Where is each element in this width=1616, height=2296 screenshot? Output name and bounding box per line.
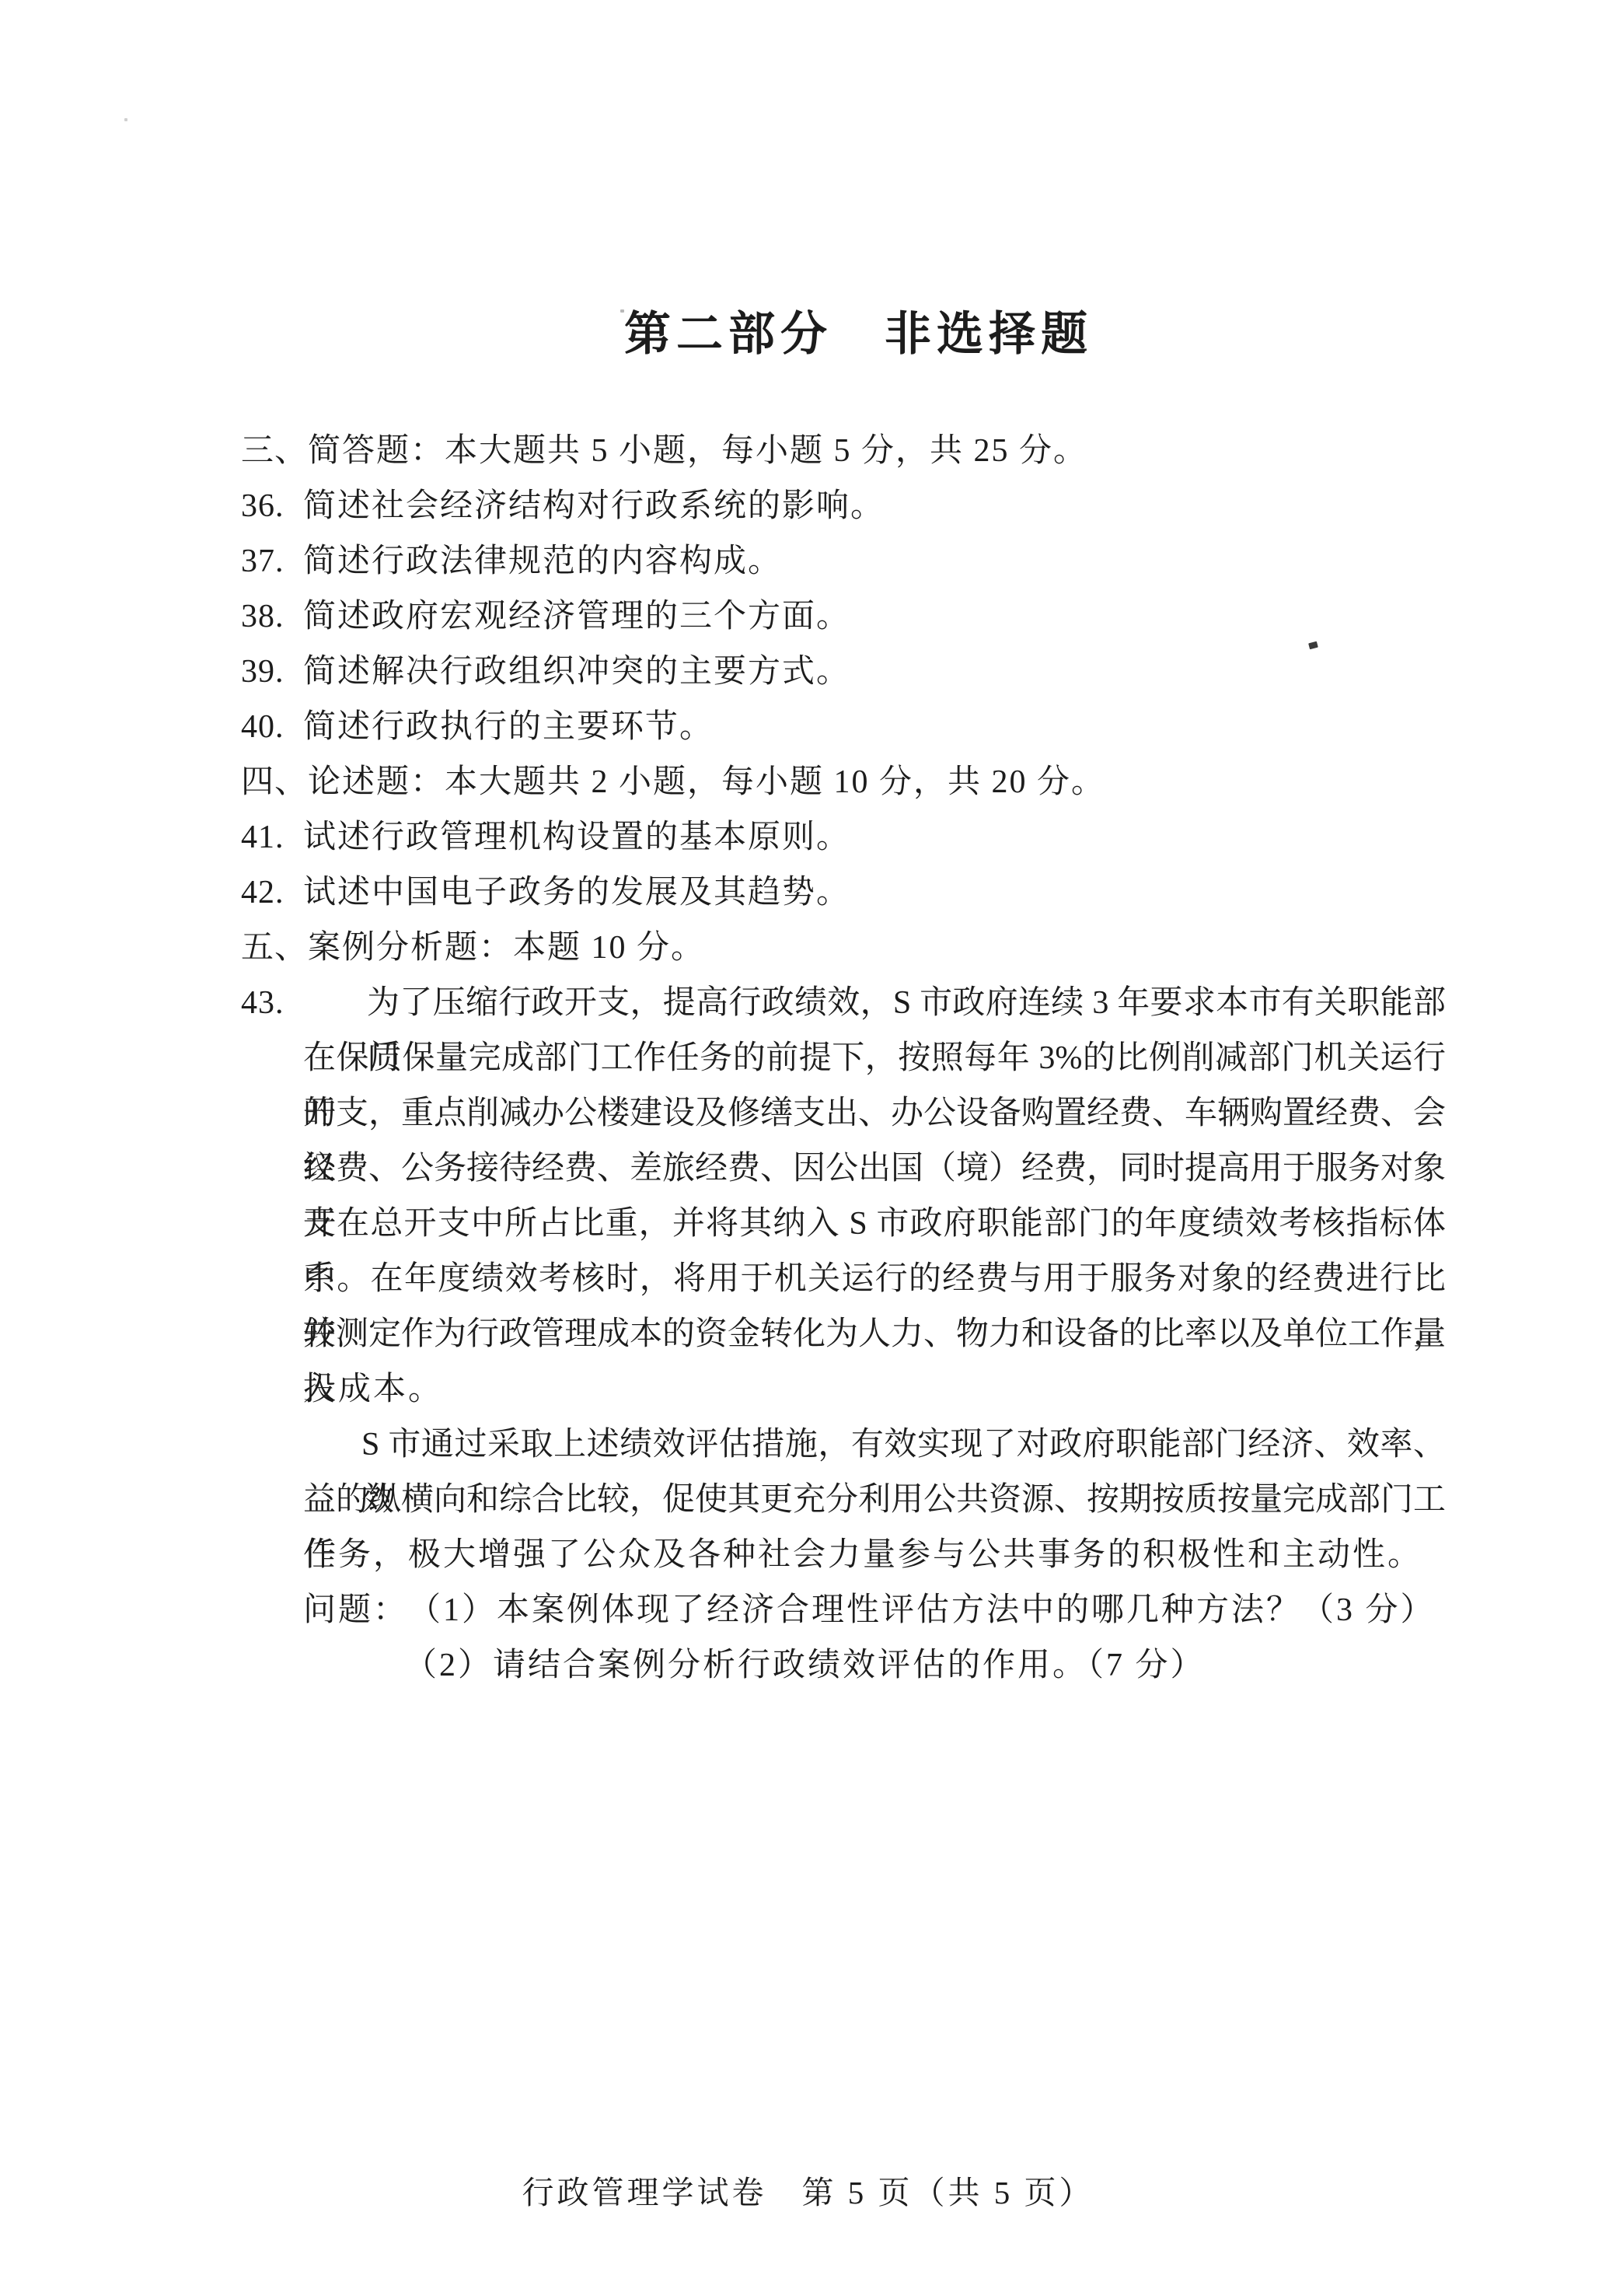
question-number: 41.: [241, 810, 303, 865]
question-number: 36.: [241, 479, 303, 534]
case-line: 经费、公务接待经费、差旅经费、因公出国（境）经费，同时提高用于服务对象开: [241, 1141, 1446, 1197]
case-line: 支在总开支中所占比重，并将其纳入 S 市政府职能部门的年度绩效考核指标体系: [241, 1197, 1446, 1252]
question-36: 36. 简述社会经济结构对行政系统的影响。: [241, 479, 1446, 534]
question-text: 试述中国电子政务的发展及其趋势。: [303, 865, 850, 921]
question-body: 三、 简答题：本大题共 5 小题，每小题 5 分，共 25 分。 36. 简述社…: [241, 424, 1446, 1693]
question-number: 42.: [241, 865, 303, 921]
section-number: 四、: [241, 755, 308, 810]
case-line: 在保质保量完成部门工作任务的前提下，按照每年 3%的比例削减部门机关运行的: [241, 1031, 1446, 1086]
exam-paper-page: 第二部分 非选择题 三、 简答题：本大题共 5 小题，每小题 5 分，共 25 …: [0, 0, 1616, 2296]
question-text: 简述社会经济结构对行政系统的影响。: [303, 479, 885, 534]
case-questions-label: 问题：: [303, 1583, 408, 1638]
section-heading-5: 五、 案例分析题：本题 10 分。: [241, 921, 1446, 976]
question-number: 39.: [241, 645, 303, 700]
section-number: 三、: [241, 424, 308, 479]
case-line: 任务，极大增强了公众及各种社会力量参与公共事务的积极性和主动性。: [241, 1528, 1446, 1583]
scan-speck: [620, 309, 624, 313]
question-40: 40. 简述行政执行的主要环节。: [241, 700, 1446, 755]
case-line: 43. 为了压缩行政开支，提高行政绩效，S 市政府连续 3 年要求本市有关职能部…: [241, 976, 1446, 1031]
question-number: 37.: [241, 534, 303, 589]
section-heading-text: 论述题：本大题共 2 小题，每小题 10 分，共 20 分。: [308, 755, 1105, 810]
case-questions-line: （2）请结合案例分析行政绩效评估的作用。（7 分）: [241, 1638, 1446, 1693]
section-heading-text: 简答题：本大题共 5 小题，每小题 5 分，共 25 分。: [308, 424, 1087, 479]
question-text: 试述行政管理机构设置的基本原则。: [303, 810, 850, 865]
case-question-1: （1）本案例体现了经济合理性评估方法中的哪几种方法？（3 分）: [408, 1583, 1436, 1638]
question-number: 38.: [241, 589, 303, 645]
question-text: 简述解决行政组织冲突的主要方式。: [303, 645, 850, 700]
question-42: 42. 试述中国电子政务的发展及其趋势。: [241, 865, 1446, 921]
case-questions-line: 问题： （1）本案例体现了经济合理性评估方法中的哪几种方法？（3 分）: [241, 1583, 1446, 1638]
question-37: 37. 简述行政法律规范的内容构成。: [241, 534, 1446, 589]
case-line: 益的纵横向和综合比较，促使其更充分利用公共资源、按期按质按量完成部门工作: [241, 1473, 1446, 1528]
case-line: 开支，重点削减办公楼建设及修缮支出、办公设备购置经费、车辆购置经费、会议: [241, 1086, 1446, 1141]
question-number: 40.: [241, 700, 303, 755]
section-title: 第二部分 非选择题: [0, 308, 1616, 361]
case-question-2: （2）请结合案例分析行政绩效评估的作用。（7 分）: [404, 1638, 1206, 1693]
scan-speck: [124, 118, 127, 121]
case-paragraph1-line: 入成本。: [303, 1362, 443, 1417]
section-heading-text: 案例分析题：本题 10 分。: [308, 921, 705, 976]
question-38: 38. 简述政府宏观经济管理的三个方面。: [241, 589, 1446, 645]
question-text: 简述行政法律规范的内容构成。: [303, 534, 782, 589]
question-39: 39. 简述解决行政组织冲突的主要方式。: [241, 645, 1446, 700]
section-heading-3: 三、 简答题：本大题共 5 小题，每小题 5 分，共 25 分。: [241, 424, 1446, 479]
case-paragraph1-line: 并测定作为行政管理成本的资金转化为人力、物力和设备的比率以及单位工作量投: [303, 1307, 1446, 1417]
case-line: S 市通过采取上述绩效评估措施，有效实现了对政府职能部门经济、效率、效: [241, 1417, 1446, 1473]
question-number: 43.: [241, 976, 367, 1031]
question-41: 41. 试述行政管理机构设置的基本原则。: [241, 810, 1446, 865]
case-line: 中。在年度绩效考核时，将用于机关运行的经费与用于服务对象的经费进行比较，: [241, 1252, 1446, 1307]
case-paragraph2-line: 任务，极大增强了公众及各种社会力量参与公共事务的积极性和主动性。: [303, 1528, 1422, 1583]
page-footer: 行政管理学试卷 第 5 页（共 5 页）: [0, 2173, 1616, 2212]
case-line: 并测定作为行政管理成本的资金转化为人力、物力和设备的比率以及单位工作量投: [241, 1307, 1446, 1362]
section-heading-4: 四、 论述题：本大题共 2 小题，每小题 10 分，共 20 分。: [241, 755, 1446, 810]
question-text: 简述政府宏观经济管理的三个方面。: [303, 589, 850, 645]
question-text: 简述行政执行的主要环节。: [303, 700, 714, 755]
section-number: 五、: [241, 921, 308, 976]
